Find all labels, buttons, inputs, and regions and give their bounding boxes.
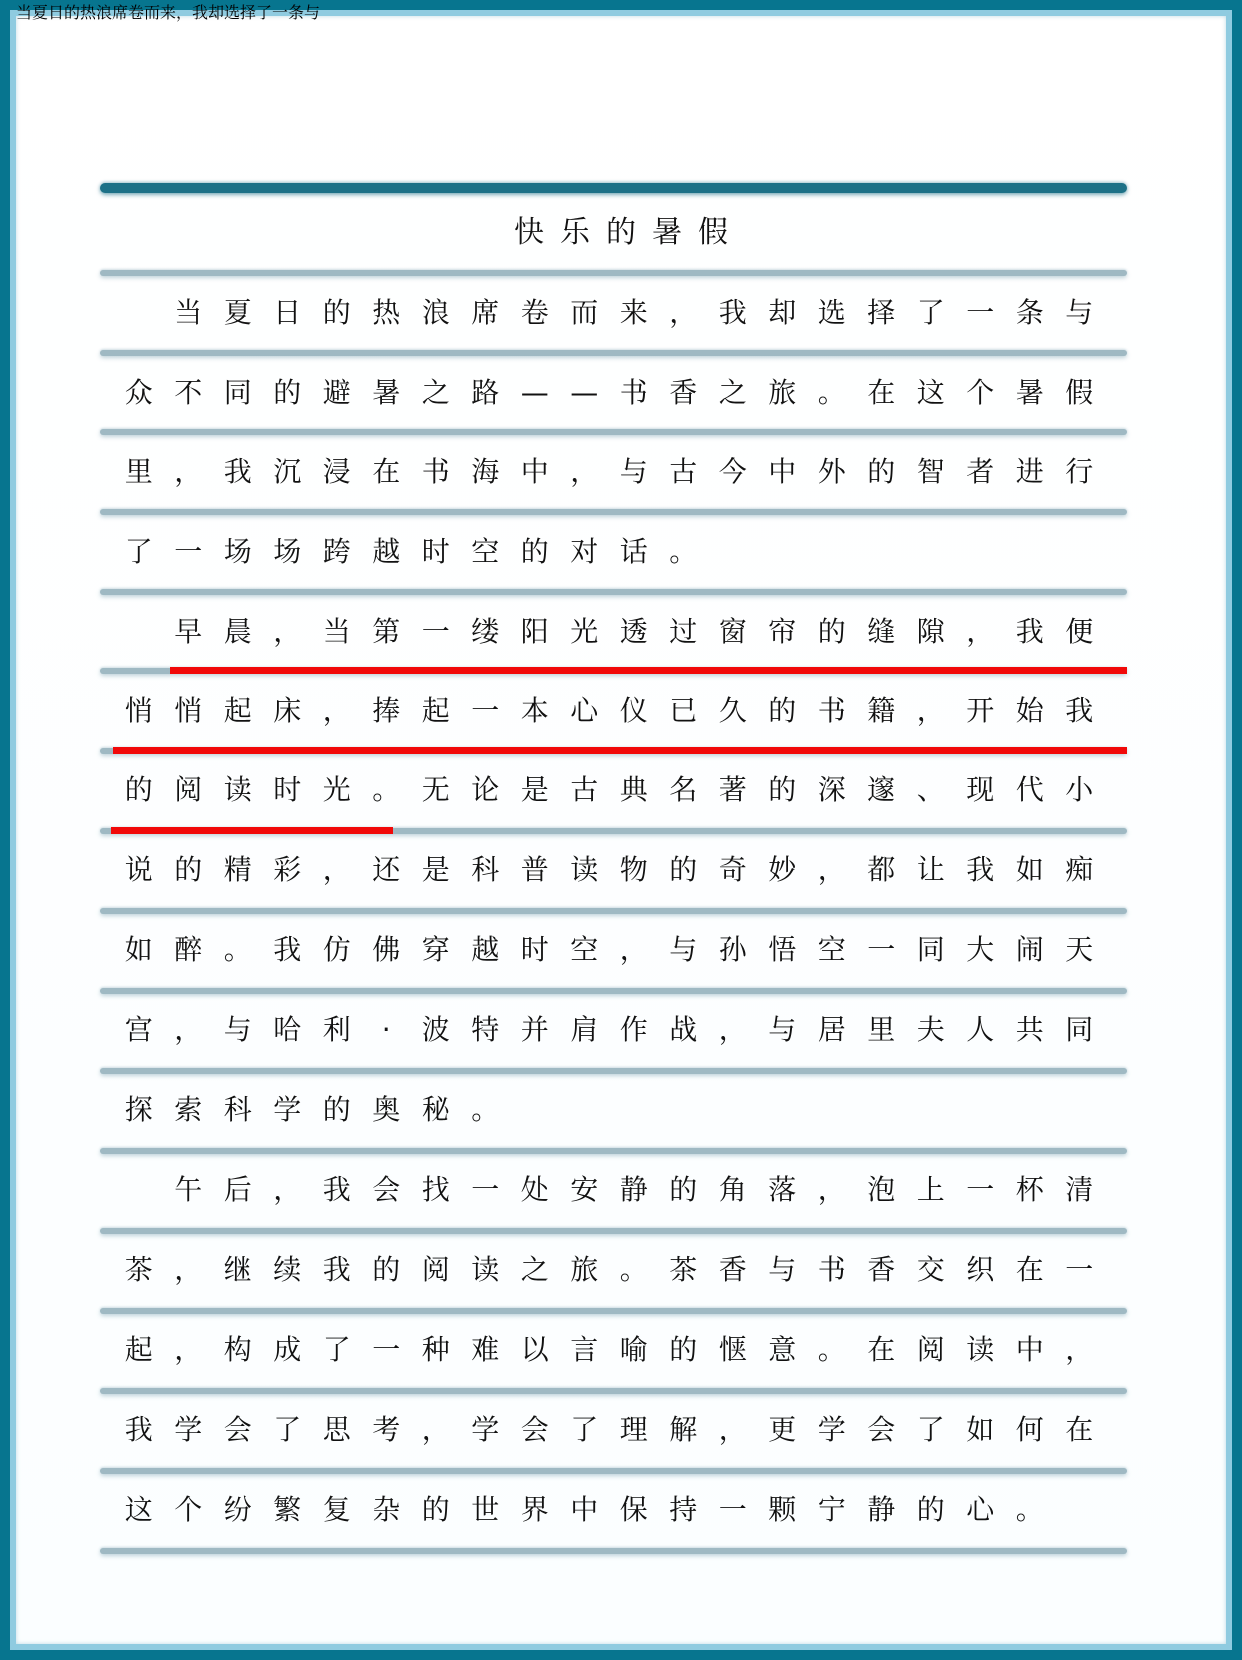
ruled-line	[100, 908, 1127, 914]
text-char: 智	[906, 450, 956, 494]
text-char: 席	[461, 291, 511, 335]
text-char: 便	[1055, 610, 1105, 654]
text-char: 痴	[1055, 848, 1105, 892]
text-char: 时	[411, 530, 461, 574]
ruled-line	[100, 350, 1127, 356]
text-line: 众不同的避暑之路——书香之旅。在这个暑假	[114, 371, 1104, 415]
text-char: 在	[857, 1328, 907, 1372]
text-char: 繁	[263, 1488, 313, 1532]
text-char: 择	[857, 291, 907, 335]
text-char: 仿	[312, 928, 362, 972]
text-char: 帘	[758, 610, 808, 654]
text-char: 了	[263, 1408, 313, 1452]
text-char: 了	[114, 530, 164, 574]
text-char: 找	[411, 1168, 461, 1212]
text-char: 安	[560, 1168, 610, 1212]
text-char: 。	[807, 371, 857, 415]
text-char: 浪	[411, 291, 461, 335]
text-char: 午	[164, 1168, 214, 1212]
text-char: 的	[758, 689, 808, 733]
text-char: 书	[807, 1248, 857, 1292]
text-char: 书	[411, 450, 461, 494]
ruled-line	[100, 270, 1127, 276]
text-char: 个	[956, 371, 1006, 415]
text-char: ，	[263, 610, 313, 654]
text-char: 静	[609, 1168, 659, 1212]
text-char: 读	[461, 1248, 511, 1292]
text-char: 一	[708, 1488, 758, 1532]
text-char: 在	[362, 450, 412, 494]
text-line: 如醉。我仿佛穿越时空，与孙悟空一同大闹天	[114, 928, 1104, 972]
text-char: 一	[461, 1168, 511, 1212]
text-char: 佛	[362, 928, 412, 972]
text-char: 我	[213, 450, 263, 494]
ruled-line	[100, 1148, 1127, 1154]
text-char: 中	[1005, 1328, 1055, 1372]
text-char: 妙	[758, 848, 808, 892]
text-char: ，	[164, 1008, 214, 1052]
text-char: 典	[609, 768, 659, 812]
text-char: 却	[758, 291, 808, 335]
text-char: 居	[807, 1008, 857, 1052]
text-char: —	[560, 371, 610, 415]
text-char: 。	[1005, 1488, 1055, 1532]
text-char: 如	[1005, 848, 1055, 892]
text-char: 喻	[609, 1328, 659, 1372]
text-char: 起	[411, 689, 461, 733]
text-char: 还	[362, 848, 412, 892]
text-char: 科	[213, 1088, 263, 1132]
text-char: 了	[906, 1408, 956, 1452]
text-char: 如	[114, 928, 164, 972]
text-line: 里，我沉浸在书海中，与古今中外的智者进行	[114, 450, 1104, 494]
text-char: 里	[857, 1008, 907, 1052]
text-char: 早	[164, 610, 214, 654]
text-char: 久	[708, 689, 758, 733]
text-char: 场	[213, 530, 263, 574]
text-line: 宫，与哈利·波特并肩作战，与居里夫人共同	[114, 1008, 1104, 1052]
text-char: 会	[510, 1408, 560, 1452]
text-char: 会	[857, 1408, 907, 1452]
text-char: 跨	[312, 530, 362, 574]
text-line: 午后，我会找一处安静的角落，泡上一杯清	[114, 1168, 1104, 1212]
text-char: 心	[956, 1488, 1006, 1532]
text-char: 人	[956, 1008, 1006, 1052]
text-char: ，	[164, 450, 214, 494]
text-char: 者	[956, 450, 1006, 494]
text-char: 籍	[857, 689, 907, 733]
text-char: 考	[362, 1408, 412, 1452]
text-char: 了	[312, 1328, 362, 1372]
text-char: 并	[510, 1008, 560, 1052]
text-char: 如	[956, 1408, 1006, 1452]
text-char: 界	[510, 1488, 560, 1532]
text-char: 、	[906, 768, 956, 812]
text-char: 夫	[906, 1008, 956, 1052]
text-char: 。	[461, 1088, 511, 1132]
text-char: 同	[1055, 1008, 1105, 1052]
text-char: 进	[1005, 450, 1055, 494]
text-char: 成	[263, 1328, 313, 1372]
text-char: 阳	[510, 610, 560, 654]
text-line: 茶，继续我的阅读之旅。茶香与书香交织在一	[114, 1248, 1104, 1292]
text-char: 学	[164, 1408, 214, 1452]
text-char: 孙	[708, 928, 758, 972]
text-line: 早晨，当第一缕阳光透过窗帘的缝隙，我便	[114, 610, 1104, 654]
text-char: 共	[1005, 1008, 1055, 1052]
text-char: 思	[312, 1408, 362, 1452]
text-char: 与	[213, 1008, 263, 1052]
text-char: 对	[560, 530, 610, 574]
text-char: 。	[659, 530, 709, 574]
text-char: 古	[560, 768, 610, 812]
text-char: 的	[758, 768, 808, 812]
text-char: 是	[510, 768, 560, 812]
ruled-line	[100, 1548, 1127, 1554]
text-char: 角	[708, 1168, 758, 1212]
header-rule	[100, 183, 1127, 193]
text-char: ，	[1055, 1328, 1105, 1372]
text-char: 纷	[213, 1488, 263, 1532]
text-char: 构	[213, 1328, 263, 1372]
text-char: 一	[1055, 1248, 1105, 1292]
text-char: 一	[362, 1328, 412, 1372]
text-char: 继	[213, 1248, 263, 1292]
text-char: 种	[411, 1328, 461, 1372]
text-char: 惬	[708, 1328, 758, 1372]
text-char: ，	[906, 689, 956, 733]
text-char: 古	[659, 450, 709, 494]
text-char: 意	[758, 1328, 808, 1372]
text-line: 的阅读时光。无论是古典名著的深邃、现代小	[114, 768, 1104, 812]
text-char: 缝	[857, 610, 907, 654]
text-char: 与	[758, 1008, 808, 1052]
text-char: 深	[807, 768, 857, 812]
text-char: 小	[1055, 768, 1105, 812]
text-char: 肩	[560, 1008, 610, 1052]
text-line: 我学会了思考，学会了理解，更学会了如何在	[114, 1408, 1104, 1452]
text-char: 读	[213, 768, 263, 812]
text-char: ，	[411, 1408, 461, 1452]
text-line: 说的精彩，还是科普读物的奇妙，都让我如痴	[114, 848, 1104, 892]
text-char: 始	[1005, 689, 1055, 733]
text-char: 时	[263, 768, 313, 812]
ruled-line	[100, 988, 1127, 994]
text-char: 邃	[857, 768, 907, 812]
text-char: 大	[956, 928, 1006, 972]
text-char: 论	[461, 768, 511, 812]
text-char: 战	[659, 1008, 709, 1052]
text-char: 天	[1055, 928, 1105, 972]
ruled-line	[100, 1228, 1127, 1234]
text-char: 起	[114, 1328, 164, 1372]
text-char: 与	[609, 450, 659, 494]
text-char: —	[510, 371, 560, 415]
text-char: 中	[560, 1488, 610, 1532]
text-char: 沉	[263, 450, 313, 494]
text-char: 的	[263, 371, 313, 415]
red-underline	[113, 747, 1127, 754]
text-char: 不	[164, 371, 214, 415]
text-char: 落	[758, 1168, 808, 1212]
text-char: ，	[164, 1328, 214, 1372]
text-char: 路	[461, 371, 511, 415]
ruled-line	[100, 1308, 1127, 1314]
text-char: 心	[560, 689, 610, 733]
text-char: 会	[213, 1408, 263, 1452]
text-char: 行	[1055, 450, 1105, 494]
text-char: 探	[114, 1088, 164, 1132]
text-line: 当夏日的热浪席卷而来，我却选择了一条与	[114, 291, 1104, 335]
text-char: 是	[411, 848, 461, 892]
text-char: 里	[114, 450, 164, 494]
text-char: 颗	[758, 1488, 808, 1532]
text-char: 我	[312, 1248, 362, 1292]
text-char: 普	[510, 848, 560, 892]
text-char: ，	[708, 1008, 758, 1052]
text-char: 暑	[1005, 371, 1055, 415]
text-char: ，	[164, 1248, 214, 1292]
text-char: 学	[461, 1408, 511, 1452]
text-char: 杂	[362, 1488, 412, 1532]
ruled-line	[100, 429, 1127, 435]
text-char: 书	[807, 689, 857, 733]
text-char: 彩	[263, 848, 313, 892]
text-char: ，	[609, 928, 659, 972]
text-char: 捧	[362, 689, 412, 733]
text-char: ，	[312, 689, 362, 733]
text-char: 一	[411, 610, 461, 654]
text-char: 越	[362, 530, 412, 574]
text-char: 读	[560, 848, 610, 892]
text-char: 更	[758, 1408, 808, 1452]
text-char: 茶	[114, 1248, 164, 1292]
text-char: 香	[659, 371, 709, 415]
text-char: 的	[164, 848, 214, 892]
text-char: 阅	[164, 768, 214, 812]
text-char: 中	[510, 450, 560, 494]
text-char: 了	[906, 291, 956, 335]
text-char: 这	[114, 1488, 164, 1532]
text-char: 特	[461, 1008, 511, 1052]
text-char: 波	[411, 1008, 461, 1052]
text-char: 哈	[263, 1008, 313, 1052]
text-char: 在	[857, 371, 907, 415]
text-char: 织	[956, 1248, 1006, 1292]
ruled-line	[100, 1068, 1127, 1074]
text-line: 了一场场跨越时空的对话。	[114, 530, 708, 574]
text-char: 与	[659, 928, 709, 972]
ruled-line	[100, 509, 1127, 515]
text-char	[114, 291, 164, 335]
text-char: 世	[461, 1488, 511, 1532]
text-char: 个	[164, 1488, 214, 1532]
text-char: 后	[213, 1168, 263, 1212]
text-char: 我	[263, 928, 313, 972]
text-char: ，	[560, 450, 610, 494]
text-char: 宁	[807, 1488, 857, 1532]
text-char: 与	[1055, 291, 1105, 335]
text-char: 以	[510, 1328, 560, 1372]
text-char: 在	[1005, 1248, 1055, 1292]
text-char: 持	[659, 1488, 709, 1532]
text-char: 著	[708, 768, 758, 812]
text-char: 当	[312, 610, 362, 654]
text-char: 代	[1005, 768, 1055, 812]
text-char: 外	[807, 450, 857, 494]
text-char: 选	[807, 291, 857, 335]
text-char: 透	[609, 610, 659, 654]
ruled-line	[100, 1388, 1127, 1394]
text-char: 条	[1005, 291, 1055, 335]
text-char: 阅	[906, 1328, 956, 1372]
text-line: 这个纷繁复杂的世界中保持一颗宁静的心。	[114, 1488, 1055, 1532]
text-char: 解	[659, 1408, 709, 1452]
text-char: 热	[362, 291, 412, 335]
text-char: 清	[1055, 1168, 1105, 1212]
text-char: 话	[609, 530, 659, 574]
text-char: 而	[560, 291, 610, 335]
text-char: 旅	[758, 371, 808, 415]
text-char: ，	[263, 1168, 313, 1212]
text-char: 复	[312, 1488, 362, 1532]
text-char: ，	[956, 610, 1006, 654]
text-char: 悟	[758, 928, 808, 972]
text-char: 的	[659, 848, 709, 892]
text-char: 暑	[362, 371, 412, 415]
text-char: 已	[659, 689, 709, 733]
text-char: 保	[609, 1488, 659, 1532]
text-char: 作	[609, 1008, 659, 1052]
text-char: ，	[312, 848, 362, 892]
text-char: 我	[114, 1408, 164, 1452]
text-char: 的	[659, 1168, 709, 1212]
text-char: 的	[362, 1248, 412, 1292]
text-char: 无	[411, 768, 461, 812]
text-char: 开	[956, 689, 1006, 733]
text-char: 。	[213, 928, 263, 972]
text-char: 的	[857, 450, 907, 494]
text-char: 言	[560, 1328, 610, 1372]
text-char: 宫	[114, 1008, 164, 1052]
text-char: 一	[857, 928, 907, 972]
text-char: 悄	[164, 689, 214, 733]
text-char: 泡	[857, 1168, 907, 1212]
text-char: 物	[609, 848, 659, 892]
text-char	[114, 610, 164, 654]
text-char: 床	[263, 689, 313, 733]
text-char: 会	[362, 1168, 412, 1212]
text-char	[114, 1168, 164, 1212]
text-char: 难	[461, 1328, 511, 1372]
text-char: 来	[609, 291, 659, 335]
text-char: 的	[411, 1488, 461, 1532]
text-char: 名	[659, 768, 709, 812]
text-char: 。	[807, 1328, 857, 1372]
text-char: 奇	[708, 848, 758, 892]
text-char: 的	[906, 1488, 956, 1532]
text-char: 利	[312, 1008, 362, 1052]
text-char: 避	[312, 371, 362, 415]
text-char: 。	[609, 1248, 659, 1292]
text-char: 闹	[1005, 928, 1055, 972]
text-char: 我	[1005, 610, 1055, 654]
text-line: 起，构成了一种难以言喻的惬意。在阅读中，	[114, 1328, 1104, 1372]
text-char: 众	[114, 371, 164, 415]
text-char: 学	[263, 1088, 313, 1132]
red-underline	[170, 667, 1127, 674]
text-char: 空	[807, 928, 857, 972]
text-char: 中	[758, 450, 808, 494]
text-char: 晨	[213, 610, 263, 654]
text-char: ，	[807, 848, 857, 892]
text-line: 悄悄起床，捧起一本心仪已久的书籍，开始我	[114, 689, 1104, 733]
text-char: 静	[857, 1488, 907, 1532]
essay-title: 快乐的暑假	[0, 210, 1242, 256]
text-char: 一	[461, 689, 511, 733]
text-char: 浸	[312, 450, 362, 494]
text-char: 悄	[114, 689, 164, 733]
text-char: 我	[312, 1168, 362, 1212]
text-char: 空	[560, 928, 610, 972]
text-char: 交	[906, 1248, 956, 1292]
text-char: 之	[510, 1248, 560, 1292]
text-char: 一	[956, 291, 1006, 335]
text-char: 我	[708, 291, 758, 335]
text-char: 让	[906, 848, 956, 892]
text-char: 秘	[411, 1088, 461, 1132]
text-char: 假	[1055, 371, 1105, 415]
text-char: 光	[312, 768, 362, 812]
text-char: 索	[164, 1088, 214, 1132]
ruled-line	[100, 589, 1127, 595]
text-char: 第	[362, 610, 412, 654]
text-char: 的	[807, 610, 857, 654]
text-char: 我	[1055, 689, 1105, 733]
text-char: 空	[461, 530, 511, 574]
text-char: 时	[510, 928, 560, 972]
text-char: 理	[609, 1408, 659, 1452]
text-char: 何	[1005, 1408, 1055, 1452]
text-char: 光	[560, 610, 610, 654]
text-char: 同	[213, 371, 263, 415]
text-char: 现	[956, 768, 1006, 812]
text-char: 奥	[362, 1088, 412, 1132]
text-char: 我	[956, 848, 1006, 892]
text-char: 的	[510, 530, 560, 574]
text-char: 精	[213, 848, 263, 892]
text-char: 的	[312, 291, 362, 335]
text-char: 学	[807, 1408, 857, 1452]
text-char: 香	[708, 1248, 758, 1292]
text-char: 过	[659, 610, 709, 654]
text-char: 续	[263, 1248, 313, 1292]
text-char: 窗	[708, 610, 758, 654]
lined-paper: 快乐的暑假 当夏日的热浪席卷而来，我却选择了一条与 众不同的避暑之路——书香之旅…	[0, 0, 1242, 1660]
text-char: 的	[659, 1328, 709, 1372]
text-char: 今	[708, 450, 758, 494]
text-char: 科	[461, 848, 511, 892]
text-char: 了	[560, 1408, 610, 1452]
text-char: 旅	[560, 1248, 610, 1292]
text-char: ·	[362, 1008, 412, 1052]
text-char: 起	[213, 689, 263, 733]
text-char: 说	[114, 848, 164, 892]
text-char: ，	[807, 1168, 857, 1212]
text-char: 处	[510, 1168, 560, 1212]
text-char: 仪	[609, 689, 659, 733]
red-underline	[111, 827, 393, 834]
